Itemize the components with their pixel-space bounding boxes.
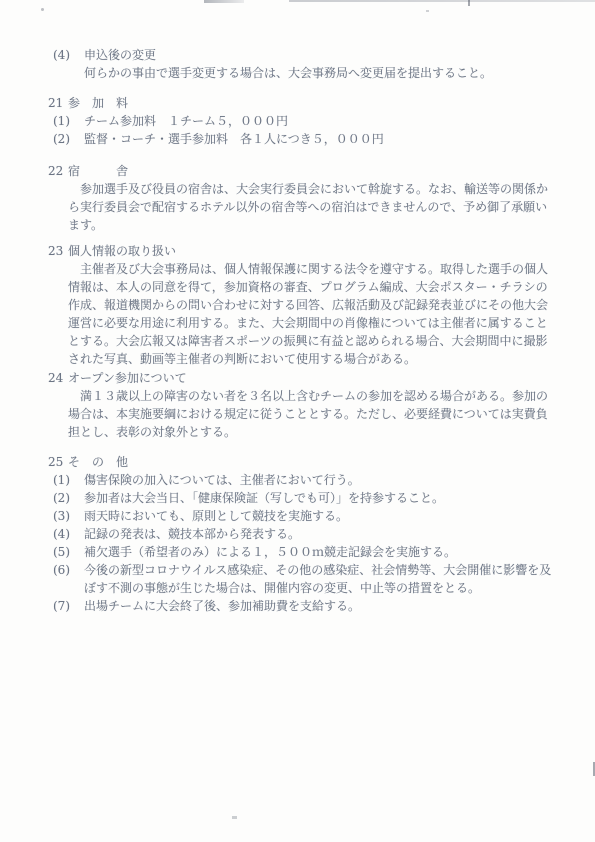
list-item-marker: (2) [53,130,84,148]
list-item-text: 参加者は大会当日、「健康保険証（写しでも可）」を持参すること。 [84,489,567,507]
list-item: (1) チーム参加料 １チーム５，０００円 [53,112,567,130]
section-number: 21 [48,94,68,112]
section-title: そ の 他 [68,453,567,471]
scanned-document-page: (4) 申込後の変更 何らかの事由で選手変更する場合は、大会事務局へ変更届を提出… [0,0,595,842]
scan-artifact-speck [41,8,44,11]
section-number: 25 [48,453,68,471]
list-item-marker: (2) [53,489,84,507]
list-item-text: 監督・コーチ・選手参加料 各１人につき５，０００円 [84,130,567,148]
list-item-marker: (1) [53,471,84,489]
scan-artifact-top-streak [289,0,595,2]
list-item-text: 今後の新型コロナウイルス感染症、その他の感染症、社会情勢等、大会開催に影響を及 … [84,561,567,597]
document-content: (4) 申込後の変更 何らかの事由で選手変更する場合は、大会事務局へ変更届を提出… [48,46,567,615]
list-item-text: 傷害保険の加入については、主催者において行う。 [84,471,567,489]
section-paragraph: 参加選手及び役員の宿舎は、大会実行委員会において斡旋する。なお、輸送等の関係か … [68,180,567,234]
list-item-title: 申込後の変更 [84,46,567,64]
section-heading: 22 宿 舎 [48,162,567,180]
list-item-marker: (3) [53,507,84,525]
list-item-text: 記録の発表は、競技本部から発表する。 [84,525,567,543]
section-title: 個人情報の取り扱い [68,242,567,260]
section-22-lodging: 22 宿 舎 参加選手及び役員の宿舎は、大会実行委員会において斡旋する。なお、輸… [48,162,567,234]
list-item-text: 雨天時においても、原則として競技を実施する。 [84,507,567,525]
section-heading: 24 オープン参加について [48,369,567,387]
section-number: 24 [48,369,68,387]
list-item: (1) 傷害保険の加入については、主催者において行う。 [53,471,567,489]
section-paragraph: 満１３歳以上の障害のない者を３名以上含むチームの参加を認める場合がある。参加の … [68,387,567,441]
section-heading: 21 参 加 料 [48,94,567,112]
list-item-4-change-after-entry: (4) 申込後の変更 [53,46,567,64]
section-number: 23 [48,242,68,260]
section-23-personal-info: 23 個人情報の取り扱い 主催者及び大会事務局は、個人情報保護に関する法令を遵守… [48,242,567,368]
scan-artifact-speck [426,10,429,12]
list-item-text: チーム参加料 １チーム５，０００円 [84,112,567,130]
list-item-marker: (6) [53,561,84,597]
section-25-other: 25 そ の 他 (1) 傷害保険の加入については、主催者において行う。 (2)… [48,453,567,615]
list-item-marker: (5) [53,543,84,561]
list-item: (4) 記録の発表は、競技本部から発表する。 [53,525,567,543]
section-paragraph: 主催者及び大会事務局は、個人情報保護に関する法令を遵守する。取得した選手の個人 … [68,260,567,368]
list-item-text: 出場チームに大会終了後、参加補助費を支給する。 [84,597,567,615]
list-item-text: 補欠選手（希望者のみ）による１，５００ｍ競走記録会を実施する。 [84,543,567,561]
list-item-marker: (4) [53,46,84,64]
section-title: 参 加 料 [68,94,567,112]
list-item: (6) 今後の新型コロナウイルス感染症、その他の感染症、社会情勢等、大会開催に影… [53,561,567,597]
list-item-marker: (1) [53,112,84,130]
list-item: (3) 雨天時においても、原則として競技を実施する。 [53,507,567,525]
list-item-body: 何らかの事由で選手変更する場合は、大会事務局へ変更届を提出すること。 [84,64,567,82]
section-title: 宿 舎 [68,162,567,180]
section-number: 22 [48,162,68,180]
list-item-marker: (4) [53,525,84,543]
list-item: (2) 参加者は大会当日、「健康保険証（写しでも可）」を持参すること。 [53,489,567,507]
scan-artifact-tick [468,0,470,6]
list-item: (5) 補欠選手（希望者のみ）による１，５００ｍ競走記録会を実施する。 [53,543,567,561]
section-heading: 25 そ の 他 [48,453,567,471]
section-24-open-participation: 24 オープン参加について 満１３歳以上の障害のない者を３名以上含むチームの参加… [48,369,567,441]
list-item-marker: (7) [53,597,84,615]
section-title: オープン参加について [68,369,567,387]
list-item: (2) 監督・コーチ・選手参加料 各１人につき５，０００円 [53,130,567,148]
list-item: (7) 出場チームに大会終了後、参加補助費を支給する。 [53,597,567,615]
section-21-entry-fee: 21 参 加 料 (1) チーム参加料 １チーム５，０００円 (2) 監督・コー… [48,94,567,148]
section-heading: 23 個人情報の取り扱い [48,242,567,260]
scan-artifact-top-streak [204,0,244,3]
scan-artifact-speck [232,816,237,819]
